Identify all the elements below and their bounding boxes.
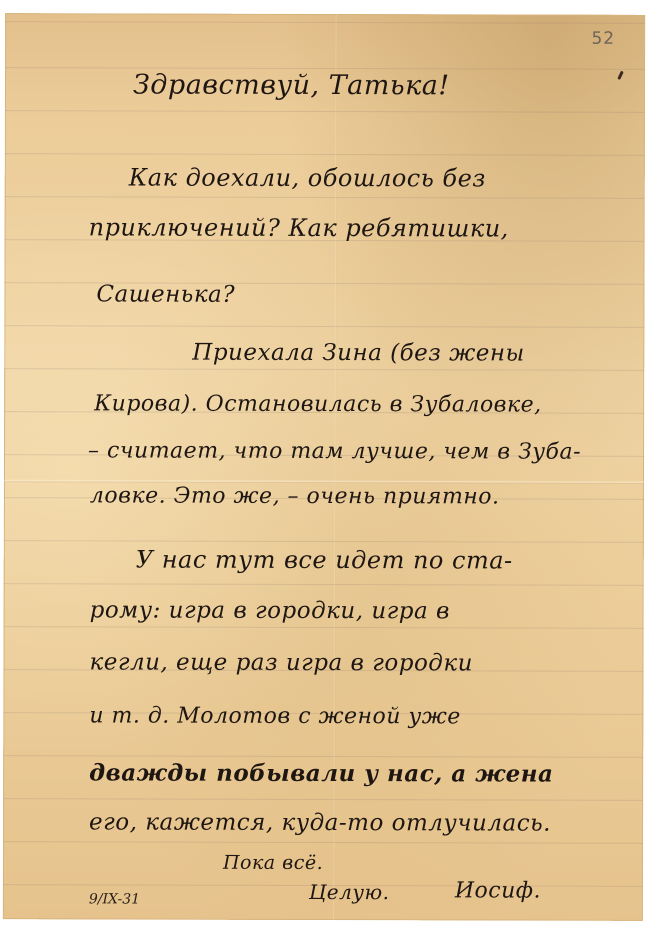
scanned-letter: 52 Здравствуй, Татька! Как доехали, обош… xyxy=(0,0,656,933)
letter-line-11: и т. д. Молотов с женой уже xyxy=(89,703,460,729)
letter-line-6: – считает, что там лучше, чем в Зуба- xyxy=(88,438,581,464)
letter-date: 9/IX-31 xyxy=(89,891,140,907)
letter-line-7: ловке. Это же, – очень приятно. xyxy=(90,483,500,509)
greeting-line: Здравствуй, Татька! xyxy=(133,69,450,101)
letter-line-4: Приехала Зина (без жены xyxy=(192,340,525,367)
letter-line-1: Как доехали, обошлось без xyxy=(129,163,486,192)
letter-line-2: приключений? Как ребятишки, xyxy=(89,213,509,242)
letter-line-8: У нас тут все идет по ста- xyxy=(136,546,513,575)
letter-line-5: Кирова). Остановилась в Зубаловке, xyxy=(94,391,542,417)
closing-line: Пока всё. xyxy=(223,852,323,874)
archive-page-number: 52 xyxy=(591,29,615,49)
letter-line-10: кегли, еще раз игра в городки xyxy=(89,649,473,676)
letter-line-9: рому: игра в городки, игра в xyxy=(90,597,450,624)
signature: Иосиф. xyxy=(455,878,541,903)
letter-line-13: его, кажется, куда-то отлучилась. xyxy=(89,809,551,836)
letter-paper: 52 Здравствуй, Татька! Как доехали, обош… xyxy=(3,13,645,921)
sign-off: Целую. xyxy=(309,880,390,904)
letter-line-3: Сашенька? xyxy=(96,281,235,307)
letter-line-12: дважды побывали у нас, а жена xyxy=(89,759,553,787)
